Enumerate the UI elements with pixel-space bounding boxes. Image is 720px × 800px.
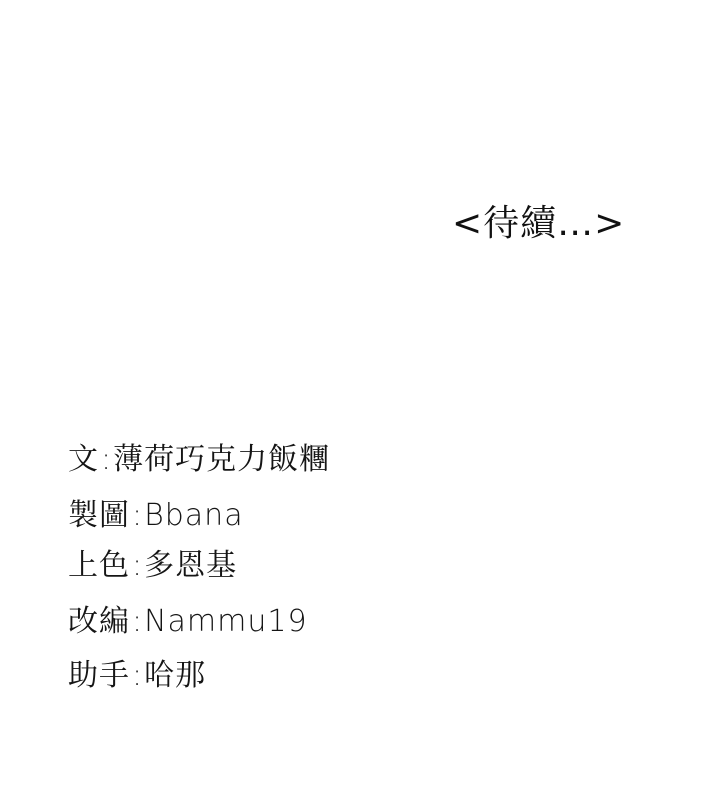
credit-assistant: 助手:哈那 [68,656,206,696]
credit-adaptation: 改編:Nammu19 [68,602,308,642]
credit-name: Nammu19 [144,604,307,639]
to-be-continued-text: <待續…> [452,200,625,248]
credit-name: Bbana [144,498,243,533]
credit-name: 哈那 [144,658,206,693]
credit-separator: : [132,498,142,533]
credit-separator: : [132,604,142,639]
credit-role: 助手 [68,658,130,693]
credit-role: 上色 [68,548,130,583]
credit-writer: 文:薄荷巧克力飯糰 [68,440,330,480]
credit-name: 多恩基 [144,548,237,583]
credit-artist: 製圖:Bbana [68,496,244,536]
credit-name: 薄荷巧克力飯糰 [113,442,330,477]
credit-role: 製圖 [68,498,130,533]
credit-separator: : [132,548,142,583]
credit-role: 文 [68,442,99,477]
comic-end-page: <待續…> 文:薄荷巧克力飯糰 製圖:Bbana 上色:多恩基 改編:Nammu… [0,0,720,800]
credit-colorist: 上色:多恩基 [68,546,237,586]
credit-separator: : [101,442,111,477]
credit-separator: : [132,658,142,693]
credit-role: 改編 [68,604,130,639]
